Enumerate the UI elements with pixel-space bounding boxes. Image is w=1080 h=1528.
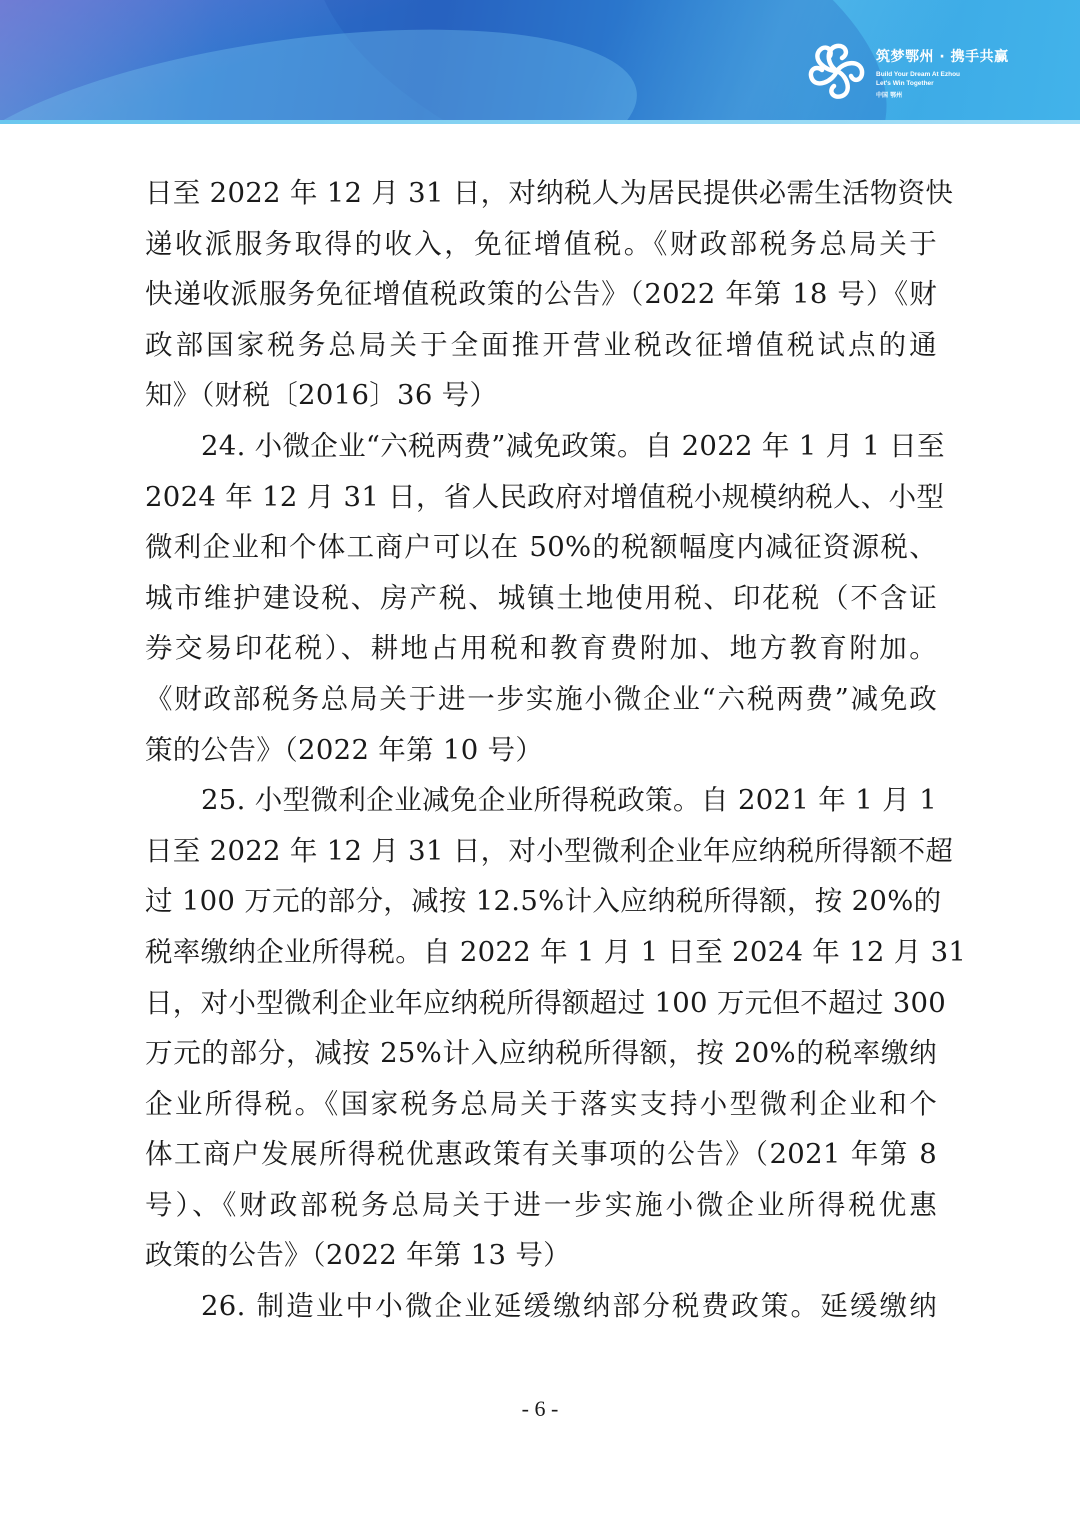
text-line: 万元的部分，减按 25%计入应纳税所得额，按 20%的税率缴纳 [145,1028,937,1079]
paragraph-25: 25. 小型微利企业减免企业所得税政策。自 2021 年 1 月 1 日至 20… [145,775,937,1281]
text-line: 策的公告》（2022 年第 10 号） [145,725,937,776]
text-line: 号）、《财政部税务总局关于进一步实施小微企业所得税优惠 [145,1180,937,1231]
text-line: 微利企业和个体工商户可以在 50%的税额幅度内减征资源税、 [145,522,937,573]
text-line: 25. 小型微利企业减免企业所得税政策。自 2021 年 1 月 1 [145,775,937,826]
text-line: 2024 年 12 月 31 日，省人民政府对增值税小规模纳税人、小型 [145,472,937,523]
text-line: 城市维护建设税、房产税、城镇土地使用税、印花税（不含证 [145,573,937,624]
paragraph-23-continued: 日至 2022 年 12 月 31 日，对纳税人为居民提供必需生活物资快 递收派… [145,168,937,421]
brand-block: 筑梦鄂州 · 携手共赢 Build Your Dream At Ezhou Le… [876,46,1009,99]
paragraph-24: 24. 小微企业“六税两费”减免政策。自 2022 年 1 月 1 日至 202… [145,421,937,775]
text-line: 日，对小型微利企业年应纳税所得额超过 100 万元但不超过 300 [145,978,937,1029]
text-line: 券交易印花税）、耕地占用税和教育费附加、地方教育附加。 [145,623,937,674]
paragraph-26: 26. 制造业中小微企业延缓缴纳部分税费政策。延缓缴纳 [145,1281,937,1332]
brand-slogan-cn: 筑梦鄂州 · 携手共赢 [876,46,1009,66]
text-line: 24. 小微企业“六税两费”减免政策。自 2022 年 1 月 1 日至 [145,421,937,472]
five-petal-flower-logo-icon [806,40,868,102]
text-line: 政策的公告》（2022 年第 13 号） [145,1230,937,1281]
text-line: 快递收派服务免征增值税政策的公告》（2022 年第 18 号）《财 [145,269,937,320]
text-line: 企业所得税。《国家税务总局关于落实支持小型微利企业和个 [145,1079,937,1130]
page-number: - 6 - [0,1396,1080,1422]
header-banner: 筑梦鄂州 · 携手共赢 Build Your Dream At Ezhou Le… [0,0,1080,124]
document-body: 日至 2022 年 12 月 31 日，对纳税人为居民提供必需生活物资快 递收派… [145,168,937,1332]
brand-city: 中国 鄂州 [876,90,1009,99]
text-line: 税率缴纳企业所得税。自 2022 年 1 月 1 日至 2024 年 12 月 … [145,927,937,978]
brand-slogan-en-1: Build Your Dream At Ezhou [876,70,1009,79]
text-line: 日至 2022 年 12 月 31 日，对小型微利企业年应纳税所得额不超 [145,826,937,877]
text-line: 递收派服务取得的收入，免征增值税。《财政部税务总局关于 [145,219,937,270]
banner-divider [0,120,1080,124]
text-line: 26. 制造业中小微企业延缓缴纳部分税费政策。延缓缴纳 [145,1281,937,1332]
text-line: 体工商户发展所得税优惠政策有关事项的公告》（2021 年第 8 [145,1129,937,1180]
text-line: 《财政部税务总局关于进一步实施小微企业“六税两费”减免政 [145,674,937,725]
text-line: 政部国家税务总局关于全面推开营业税改征增值税试点的通 [145,320,937,371]
text-line: 过 100 万元的部分，减按 12.5%计入应纳税所得额，按 20%的 [145,876,937,927]
brand-slogan-en-2: Let's Win Together [876,79,1009,88]
text-line: 知》（财税〔2016〕36 号） [145,370,937,421]
text-line: 日至 2022 年 12 月 31 日，对纳税人为居民提供必需生活物资快 [145,168,937,219]
